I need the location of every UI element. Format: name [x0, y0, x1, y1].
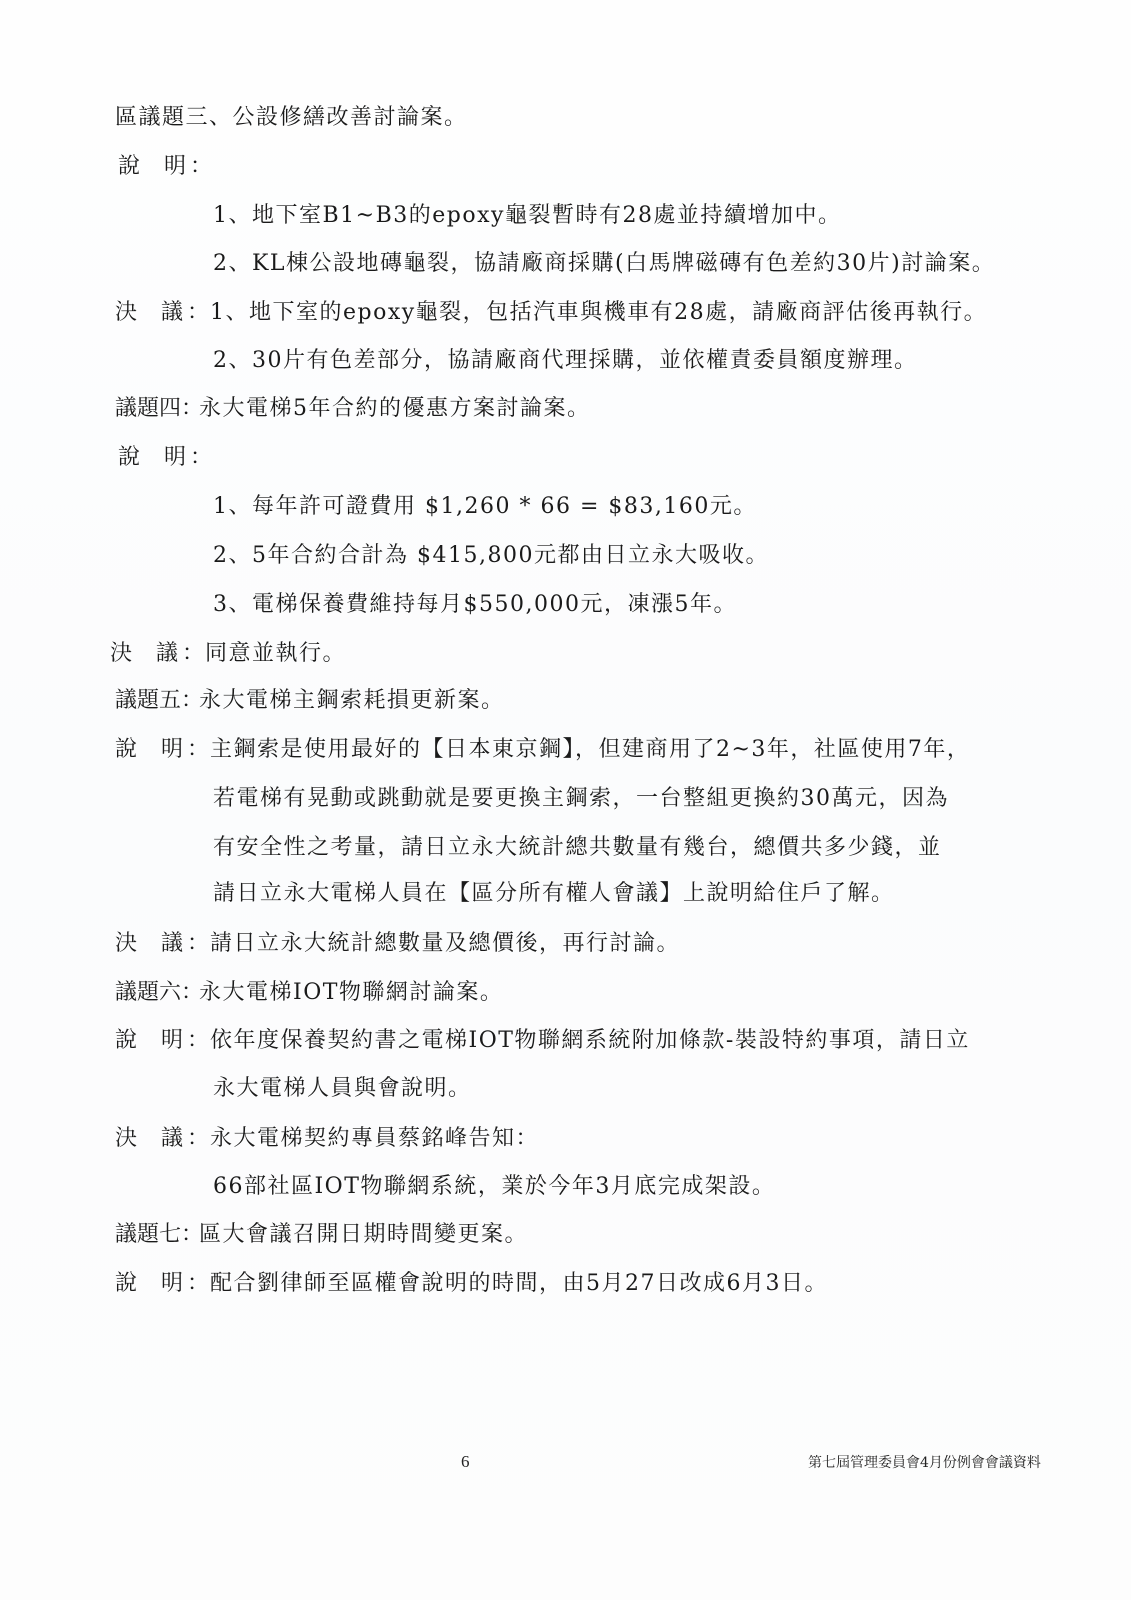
description-text: 有安全性之考量，請日立永大統計總共數量有幾台，總價共多少錢，並 — [213, 835, 942, 860]
topic-title-text: 區議題三、公設修繕改善討論案。 — [115, 105, 468, 130]
label-colon: ： — [181, 394, 199, 424]
label-char-1: 說 — [118, 443, 164, 473]
label: 決議： — [115, 929, 210, 959]
topic-number: 議題七 — [115, 1222, 181, 1247]
topic-4-resolution: 決議：同意並執行。 — [110, 639, 346, 669]
topic-7-title: 議題七：區大會議召開日期時間變更案。 — [115, 1220, 528, 1250]
label-char-2: 明 — [161, 1269, 187, 1299]
topic-title-text: 永大電梯5年合約的優惠方案討論案。 — [199, 396, 591, 421]
label: 議題五： — [115, 686, 199, 716]
topic-5-description-2: 若電梯有晃動或跳動就是要更換主鋼索，一台整組更換約30萬元，因為 — [213, 784, 949, 814]
topic-4-title: 議題四：永大電梯5年合約的優惠方案討論案。 — [115, 394, 591, 424]
label-char-1: 決 — [115, 1124, 161, 1154]
topic-3-description-label: 說明： — [118, 152, 213, 182]
label-colon: ： — [187, 1124, 205, 1154]
label-char-1: 決 — [115, 298, 161, 328]
item-text: 2、5年合約合計為 $415,800元都由日立永大吸收。 — [213, 543, 769, 568]
item-text: 1、地下室B1~B3的epoxy龜裂暫時有28處並持續增加中。 — [213, 203, 841, 228]
topic-3-title: 區議題三、公設修繕改善討論案。 — [115, 103, 468, 133]
label-char-2: 明 — [161, 1026, 187, 1056]
label-colon: ： — [187, 1269, 205, 1299]
label: 議題六： — [115, 978, 199, 1008]
label-char-2: 明 — [164, 443, 190, 473]
topic-4-description-label: 說明： — [118, 443, 213, 473]
topic-title-text: 永大電梯主鋼索耗損更新案。 — [199, 688, 505, 713]
label: 說明： — [115, 1026, 210, 1056]
topic-3-description-item-1: 1、地下室B1~B3的epoxy龜裂暫時有28處並持續增加中。 — [213, 201, 841, 231]
resolution-text: 永大電梯契約專員蔡銘峰告知： — [210, 1126, 539, 1151]
topic-3-resolution-1: 決議：1、地下室的epoxy龜裂，包括汽車與機車有28處，請廠商評估後再執行。 — [115, 298, 987, 328]
resolution-text: 2、30片有色差部分，協請廠商代理採購，並依權責委員額度辦理。 — [213, 348, 918, 373]
label-char-1: 說 — [118, 152, 164, 182]
topic-3-resolution-2: 2、30片有色差部分，協請廠商代理採購，並依權責委員額度辦理。 — [213, 346, 918, 376]
topic-7-description: 說明：配合劉律師至區權會說明的時間，由5月27日改成6月3日。 — [115, 1269, 828, 1299]
topic-number: 議題六 — [115, 980, 181, 1005]
description-text: 請日立永大電梯人員在【區分所有權人會議】上說明給住戶了解。 — [213, 881, 895, 906]
label-char-2: 議 — [156, 639, 182, 669]
topic-3-description-item-2: 2、KL棟公設地磚龜裂，協請廠商採購(白馬牌磁磚有色差約30片)討論案。 — [213, 249, 995, 279]
topic-4-description-item-2: 2、5年合約合計為 $415,800元都由日立永大吸收。 — [213, 541, 769, 571]
label-colon: ： — [181, 978, 199, 1008]
document-page: 區議題三、公設修繕改善討論案。 說明： 1、地下室B1~B3的epoxy龜裂暫時… — [0, 0, 1131, 1600]
label-colon: ： — [190, 152, 208, 182]
label-char-1: 說 — [115, 1026, 161, 1056]
page-number: 6 — [461, 1452, 470, 1472]
topic-5-description-3: 有安全性之考量，請日立永大統計總共數量有幾台，總價共多少錢，並 — [213, 833, 942, 863]
label: 說明： — [118, 152, 213, 182]
label-char-1: 說 — [115, 735, 161, 765]
label: 決議： — [115, 1124, 210, 1154]
topic-5-title: 議題五：永大電梯主鋼索耗損更新案。 — [115, 686, 505, 716]
label-char-2: 議 — [161, 298, 187, 328]
label: 說明： — [115, 735, 210, 765]
label-char-2: 明 — [164, 152, 190, 182]
label: 說明： — [115, 1269, 210, 1299]
topic-5-resolution: 決議：請日立永大統計總數量及總價後，再行討論。 — [115, 929, 680, 959]
label-char-2: 議 — [161, 1124, 187, 1154]
label-colon: ： — [187, 298, 205, 328]
description-text: 主鋼索是使用最好的【日本東京鋼】，但建商用了2~3年，社區使用7年， — [210, 737, 970, 762]
label: 議題四： — [115, 394, 199, 424]
label-char-1: 說 — [115, 1269, 161, 1299]
footer-document-title: 第七屆管理委員會4月份例會會議資料 — [808, 1452, 1041, 1472]
label: 決議： — [115, 298, 210, 328]
topic-6-resolution-1: 決議：永大電梯契約專員蔡銘峰告知： — [115, 1124, 539, 1154]
resolution-text: 66部社區IOT物聯網系統，業於今年3月底完成架設。 — [213, 1174, 775, 1199]
resolution-text: 1、地下室的epoxy龜裂，包括汽車與機車有28處，請廠商評估後再執行。 — [210, 300, 987, 325]
label-colon: ： — [190, 443, 208, 473]
topic-5-description-1: 說明：主鋼索是使用最好的【日本東京鋼】，但建商用了2~3年，社區使用7年， — [115, 735, 970, 765]
label: 議題七： — [115, 1220, 199, 1250]
label-colon: ： — [187, 1026, 205, 1056]
label-char-1: 決 — [115, 929, 161, 959]
label-colon: ： — [181, 686, 199, 716]
label: 決議： — [110, 639, 205, 669]
topic-6-title: 議題六：永大電梯IOT物聯網討論案。 — [115, 978, 503, 1008]
resolution-text: 同意並執行。 — [205, 641, 346, 666]
description-text: 依年度保養契約書之電梯IOT物聯網系統附加條款-裝設特約事項，請日立 — [210, 1028, 970, 1053]
label-colon: ： — [187, 929, 205, 959]
topic-number: 議題五 — [115, 688, 181, 713]
item-text: 1、每年許可證費用 $1,260 * 66 = $83,160元。 — [213, 494, 757, 519]
label: 說明： — [118, 443, 213, 473]
label-colon: ： — [182, 639, 200, 669]
topic-number: 議題四 — [115, 396, 181, 421]
topic-6-description-2: 永大電梯人員與會說明。 — [213, 1074, 472, 1104]
label-colon: ： — [181, 1220, 199, 1250]
description-text: 若電梯有晃動或跳動就是要更換主鋼索，一台整組更換約30萬元，因為 — [213, 786, 949, 811]
topic-5-description-4: 請日立永大電梯人員在【區分所有權人會議】上說明給住戶了解。 — [213, 879, 895, 909]
label-colon: ： — [187, 735, 205, 765]
topic-6-resolution-2: 66部社區IOT物聯網系統，業於今年3月底完成架設。 — [213, 1172, 775, 1202]
topic-6-description-1: 說明：依年度保養契約書之電梯IOT物聯網系統附加條款-裝設特約事項，請日立 — [115, 1026, 970, 1056]
description-text: 配合劉律師至區權會說明的時間，由5月27日改成6月3日。 — [210, 1271, 828, 1296]
resolution-text: 請日立永大統計總數量及總價後，再行討論。 — [210, 931, 680, 956]
topic-title-text: 永大電梯IOT物聯網討論案。 — [199, 980, 503, 1005]
label-char-2: 議 — [161, 929, 187, 959]
topic-4-description-item-1: 1、每年許可證費用 $1,260 * 66 = $83,160元。 — [213, 492, 757, 522]
label-char-1: 決 — [110, 639, 156, 669]
label-char-2: 明 — [161, 735, 187, 765]
item-text: 2、KL棟公設地磚龜裂，協請廠商採購(白馬牌磁磚有色差約30片)討論案。 — [213, 251, 995, 276]
description-text: 永大電梯人員與會說明。 — [213, 1076, 472, 1101]
topic-4-description-item-3: 3、電梯保養費維持每月$550,000元，凍漲5年。 — [213, 590, 737, 620]
topic-title-text: 區大會議召開日期時間變更案。 — [199, 1222, 528, 1247]
item-text: 3、電梯保養費維持每月$550,000元，凍漲5年。 — [213, 592, 737, 617]
